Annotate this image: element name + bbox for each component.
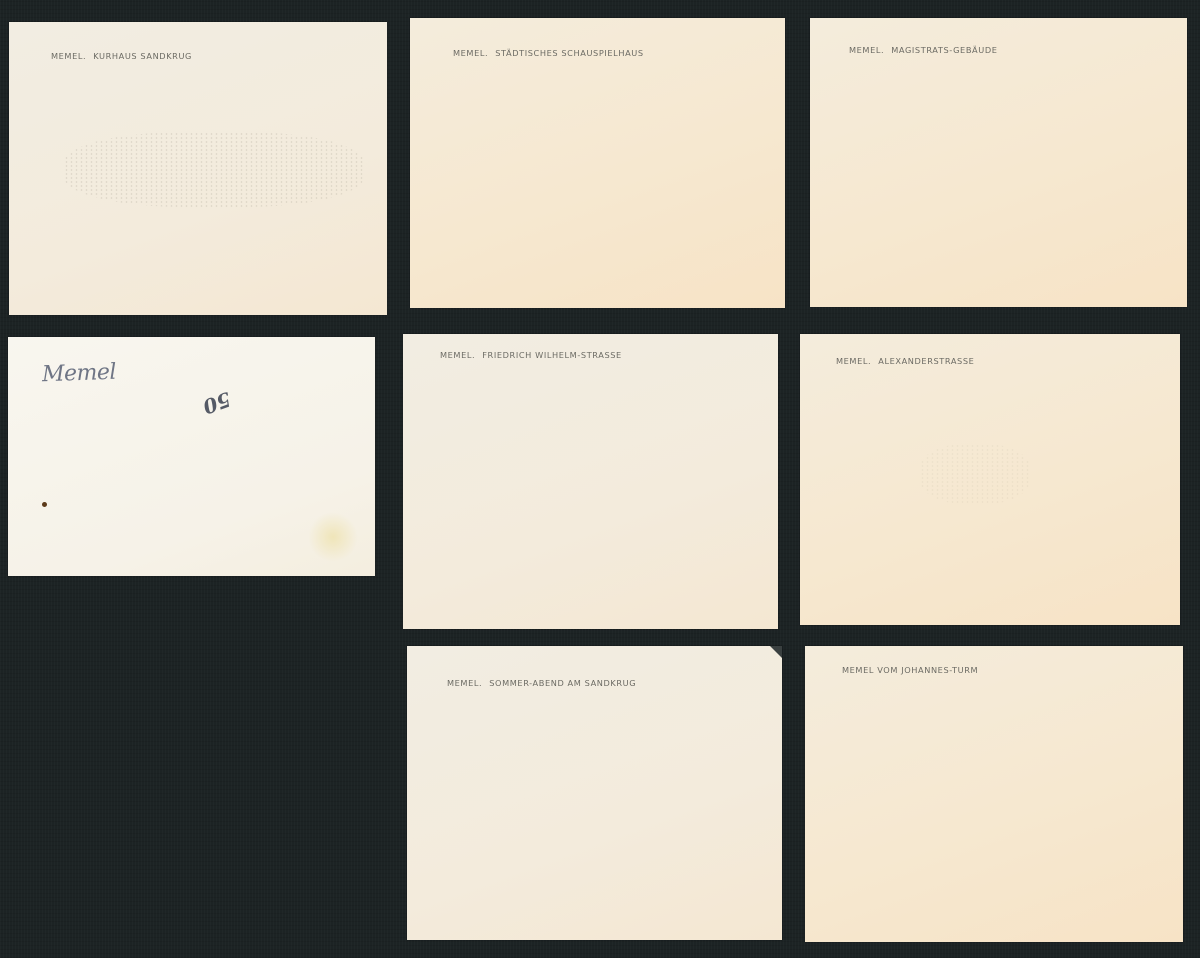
postcard-caption: MEMEL.STÄDTISCHES SCHAUSPIELHAUS xyxy=(453,48,644,58)
print-through-speckle xyxy=(64,132,364,207)
postcard-caption: MEMEL.KURHAUS SANDKRUG xyxy=(51,51,192,61)
postcard-friedrich-wilhelm-strasse: MEMEL.FRIEDRICH WILHELM-STRASSE xyxy=(403,334,778,629)
handwritten-number: 50 xyxy=(200,387,234,419)
postcard-kurhaus-sandkrug: MEMEL.KURHAUS SANDKRUG xyxy=(9,22,387,315)
postcard-caption: MEMEL.SOMMER-ABEND AM SANDKRUG xyxy=(447,678,636,688)
corner-stain xyxy=(298,502,369,573)
postcard-sommer-abend-am-sandkrug: MEMEL.SOMMER-ABEND AM SANDKRUG xyxy=(407,646,782,940)
print-through-speckle xyxy=(920,444,1030,504)
postcard-handwritten-memel: Memel 50 xyxy=(8,337,375,576)
postcard-caption: MEMEL.FRIEDRICH WILHELM-STRASSE xyxy=(440,350,622,360)
postcard-caption: MEMEL VOM JOHANNES-TURM xyxy=(842,665,978,675)
postcard-caption: MEMEL.ALEXANDERSTRASSE xyxy=(836,356,974,366)
postcard-caption: MEMEL.MAGISTRATS-GEBÄUDE xyxy=(849,45,998,55)
postcard-staedtisches-schauspielhaus: MEMEL.STÄDTISCHES SCHAUSPIELHAUS xyxy=(410,18,785,308)
postcard-alexanderstrasse: MEMEL.ALEXANDERSTRASSE xyxy=(800,334,1180,625)
handwritten-memel: Memel xyxy=(42,360,117,388)
clipped-corner xyxy=(770,646,782,658)
ink-spot xyxy=(42,502,47,507)
postcard-memel-vom-johannes-turm: MEMEL VOM JOHANNES-TURM xyxy=(805,646,1183,942)
postcard-magistrats-gebaeude: MEMEL.MAGISTRATS-GEBÄUDE xyxy=(810,18,1187,307)
